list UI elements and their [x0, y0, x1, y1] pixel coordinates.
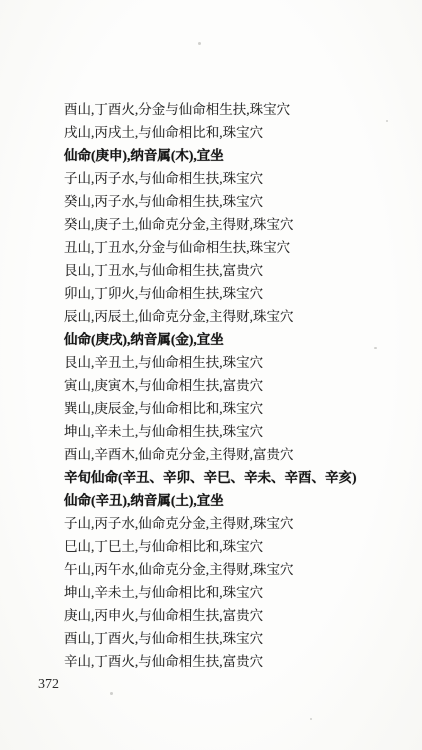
text-line: 坤山,辛未土,与仙命相比和,珠宝穴 [64, 581, 414, 604]
text-line: 子山,丙子水,与仙命相生扶,珠宝穴 [64, 167, 414, 190]
page-number: 372 [38, 674, 59, 696]
text-line: 酉山,丁酉火,与仙命相生扶,珠宝穴 [64, 627, 414, 650]
text-line: 巽山,庚辰金,与仙命相比和,珠宝穴 [64, 397, 414, 420]
text-line: 癸山,庚子土,仙命克分金,主得财,珠宝穴 [64, 213, 414, 236]
text-line: 辰山,丙辰土,仙命克分金,主得财,珠宝穴 [64, 305, 414, 328]
book-page: 酉山,丁酉火,分金与仙命相生扶,珠宝穴戌山,丙戌土,与仙命相比和,珠宝穴仙命(庚… [0, 0, 422, 750]
text-line: 子山,丙子水,仙命克分金,主得财,珠宝穴 [64, 512, 414, 535]
text-line: 辛山,丁酉火,与仙命相生扶,富贵穴 [64, 650, 414, 673]
text-line: 酉山,丁酉火,分金与仙命相生扶,珠宝穴 [64, 98, 414, 121]
text-line: 艮山,辛丑土,与仙命相生扶,珠宝穴 [64, 351, 414, 374]
text-line: 戌山,丙戌土,与仙命相比和,珠宝穴 [64, 121, 414, 144]
text-line: 庚山,丙申火,与仙命相生扶,富贵穴 [64, 604, 414, 627]
section-heading: 仙命(辛丑),纳音属(土),宜坐 [64, 489, 414, 512]
section-heading: 辛旬仙命(辛丑、辛卯、辛巳、辛未、辛酉、辛亥) [64, 466, 414, 489]
section-heading: 仙命(庚申),纳音属(木),宜坐 [64, 144, 414, 167]
text-line: 巳山,丁巳土,与仙命相比和,珠宝穴 [64, 535, 414, 558]
scan-speck [386, 120, 388, 122]
text-line: 寅山,庚寅木,与仙命相生扶,富贵穴 [64, 374, 414, 397]
text-line: 癸山,丙子水,与仙命相生扶,珠宝穴 [64, 190, 414, 213]
text-line: 午山,丙午水,仙命克分金,主得财,珠宝穴 [64, 558, 414, 581]
text-line: 酉山,辛酉木,仙命克分金,主得财,富贵穴 [64, 443, 414, 466]
text-block: 酉山,丁酉火,分金与仙命相生扶,珠宝穴戌山,丙戌土,与仙命相比和,珠宝穴仙命(庚… [64, 98, 414, 673]
text-line: 卯山,丁卯火,与仙命相生扶,珠宝穴 [64, 282, 414, 305]
section-heading: 仙命(庚戌),纳音属(金),宜坐 [64, 328, 414, 351]
text-line: 艮山,丁丑水,与仙命相生扶,富贵穴 [64, 259, 414, 282]
scan-speck [310, 718, 312, 720]
text-line: 丑山,丁丑水,分金与仙命相生扶,珠宝穴 [64, 236, 414, 259]
scan-speck [374, 347, 377, 349]
text-line: 坤山,辛未土,与仙命相生扶,珠宝穴 [64, 420, 414, 443]
scan-speck [198, 42, 201, 45]
scan-speck [110, 692, 113, 695]
